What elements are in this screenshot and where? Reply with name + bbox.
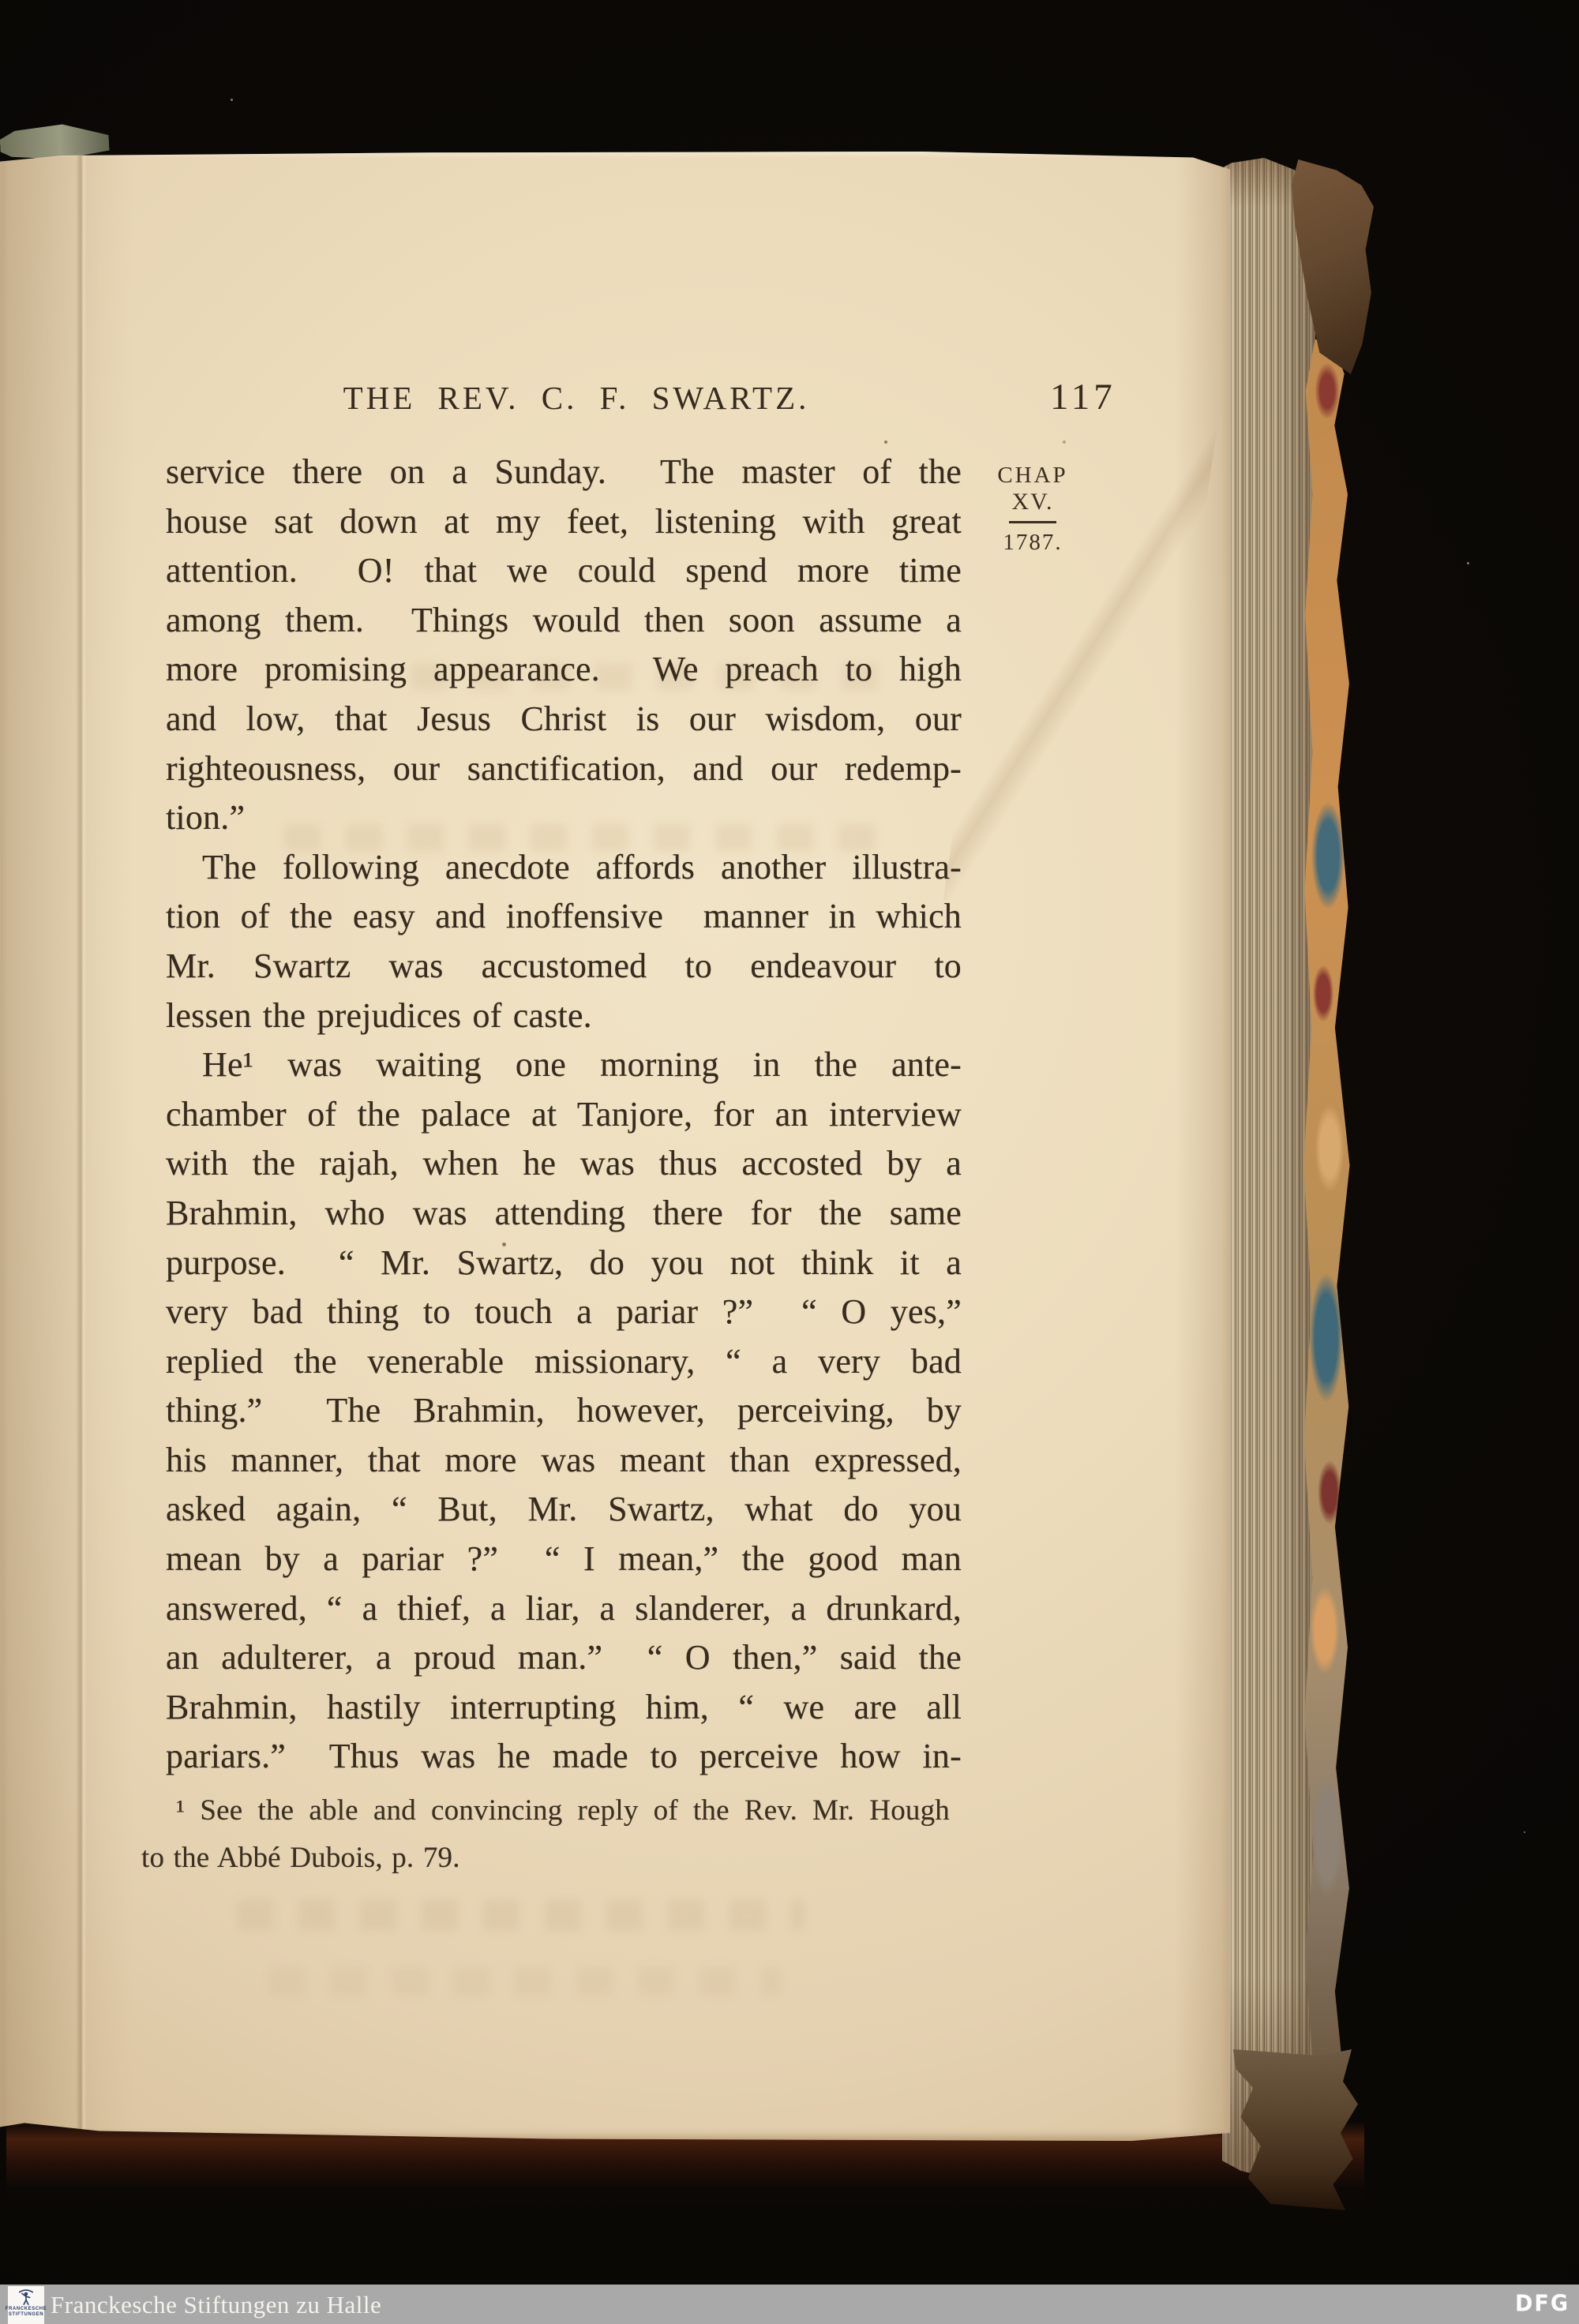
gutter-shading bbox=[0, 152, 134, 2141]
body-line: mean by a pariar ?” “ I mean,” the good … bbox=[166, 1535, 962, 1584]
dust-speck bbox=[1524, 1831, 1525, 1833]
footnote: ¹ See the able and convincing reply of t… bbox=[141, 1787, 950, 1882]
scan-background: THE REV. C. F. SWARTZ. 117 CHAP XV. 1787… bbox=[0, 0, 1579, 2324]
gutter-crease bbox=[76, 152, 87, 2141]
body-line: among them. Things would then soon assum… bbox=[166, 596, 962, 646]
body-line: The following anecdote affords another i… bbox=[166, 843, 962, 893]
chapter-numeral: XV. bbox=[993, 489, 1072, 515]
franckesche-stiftungen-logo: FRANCKESCHE STIFTUNGEN bbox=[8, 2286, 44, 2324]
body-line: an adulterer, a proud man.” “ O then,” s… bbox=[166, 1633, 962, 1683]
body-line: his manner, that more was meant than exp… bbox=[166, 1436, 962, 1486]
body-line: Brahmin, who was attending there for the… bbox=[166, 1189, 962, 1239]
page-number: 117 bbox=[1050, 376, 1116, 418]
body-line: purpose. “ Mr. Swartz, do you not think … bbox=[166, 1239, 962, 1288]
body-line: tion of the easy and inoffensive manner … bbox=[166, 892, 962, 942]
body-line: tion.” bbox=[166, 793, 962, 843]
body-line: attention. O! that we could spend more t… bbox=[166, 546, 962, 596]
show-through bbox=[237, 1899, 805, 1931]
body-text: service there on a Sunday. The master of… bbox=[166, 448, 962, 1782]
body-line: thing.” The Brahmin, however, perceiving… bbox=[166, 1386, 962, 1436]
foxing-speck bbox=[884, 440, 887, 444]
body-line: asked again, “ But, Mr. Swartz, what do … bbox=[166, 1485, 962, 1535]
foxing-speck bbox=[1063, 440, 1066, 444]
body-line: very bad thing to touch a pariar ?” “ O … bbox=[166, 1288, 962, 1337]
body-line: answered, “ a thief, a liar, a slanderer… bbox=[166, 1584, 962, 1634]
footer-bar: FRANCKESCHE STIFTUNGEN Franckesche Stift… bbox=[0, 2285, 1579, 2324]
body-line: Mr. Swartz was accustomed to endeavour t… bbox=[166, 942, 962, 991]
dust-speck bbox=[1467, 562, 1469, 564]
body-line: more promising appearance. We preach to … bbox=[166, 645, 962, 695]
body-line: with the rajah, when he was thus accoste… bbox=[166, 1139, 962, 1189]
body-line: service there on a Sunday. The master of… bbox=[166, 448, 962, 497]
dust-speck bbox=[231, 99, 233, 101]
orphan-figure-icon bbox=[17, 2288, 35, 2307]
library-name: Franckesche Stiftungen zu Halle bbox=[51, 2285, 381, 2324]
dfg-logo: DFG bbox=[1515, 2291, 1570, 2317]
logo-text-line2: STIFTUNGEN bbox=[9, 2312, 43, 2318]
margin-note: CHAP XV. 1787. bbox=[993, 463, 1072, 554]
book-fore-edge bbox=[1222, 158, 1315, 2179]
margin-rule bbox=[1009, 521, 1056, 523]
body-line: lessen the prejudices of caste. bbox=[166, 991, 962, 1041]
body-line: Brahmin, hastily interrupting him, “ we … bbox=[166, 1683, 962, 1733]
show-through bbox=[268, 1967, 782, 1996]
body-line: replied the venerable missionary, “ a ve… bbox=[166, 1337, 962, 1387]
body-line: house sat down at my feet, listening wit… bbox=[166, 497, 962, 547]
footnote-line: to the Abbé Dubois, p. 79. bbox=[141, 1835, 950, 1882]
running-title: THE REV. C. F. SWARTZ. bbox=[178, 379, 974, 417]
margin-year: 1787. bbox=[993, 530, 1072, 554]
body-line: righteousness, our sanctification, and o… bbox=[166, 744, 962, 794]
body-line: pariars.” Thus was he made to perceive h… bbox=[166, 1732, 962, 1782]
body-line: He¹ was waiting one morning in the ante- bbox=[166, 1040, 962, 1090]
chapter-label: CHAP bbox=[993, 463, 1072, 489]
body-line: and low, that Jesus Christ is our wisdom… bbox=[166, 695, 962, 744]
body-line: chamber of the palace at Tanjore, for an… bbox=[166, 1090, 962, 1140]
footnote-line: ¹ See the able and convincing reply of t… bbox=[141, 1787, 950, 1835]
book-page: THE REV. C. F. SWARTZ. 117 CHAP XV. 1787… bbox=[0, 152, 1230, 2141]
